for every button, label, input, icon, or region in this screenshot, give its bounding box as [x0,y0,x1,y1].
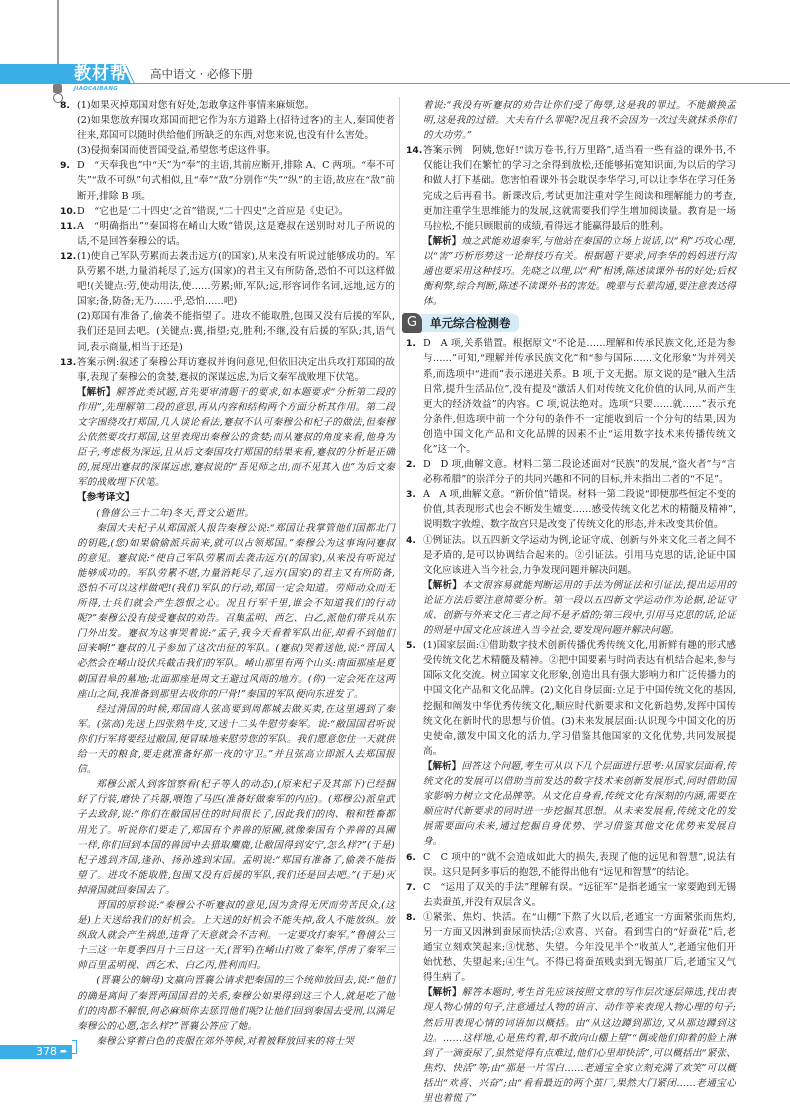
answer-text: A “明确指出”“秦国将在崤山大败”错误,这是蹇叔在送别时对儿子所说的话,不是回… [77,219,395,249]
answer-item-11: 11. A “明确指出”“秦国将在崤山大败”错误,这是蹇叔在送别时对儿子所说的话… [60,219,395,249]
item-number: 13. [60,355,76,370]
unit-answer-7: 7. C “运用了双关的手法”理解有误。“远征军”是指老通宝一家要跑到无锡去卖蚕… [406,880,736,910]
analysis-text: 本文很容易就能判断运用的手法为例证法和引证法,提出运用的论证方法后要注意简要分析… [423,580,736,636]
unit-answer-3: 3. A A 项,曲解文意。“新价值”错误。材料一第二段说“即便那些恒定不变的价… [406,487,736,532]
answer-item-9: 9. D “天奉我也”中“天”为“奉”的主语,其前应断开,排除 A、C 两项。“… [60,158,395,203]
unit-answer-2: 2. D D 项,曲解文意。材料二第二段论述面对“民族”的发展,“盗火者”与“言… [406,457,736,487]
left-column: 8. (1)如果灭掉郑国对您有好处,怎敢拿这件事情来麻烦您。 (2)如果您放弃围… [60,98,395,1049]
item-number: 8. [406,910,416,925]
item-number: 6. [406,850,416,865]
translation-paragraph: (晋襄公的嫡母)文嬴向晋襄公请求把秦国的三个统帅放回去,说:“他们的确是离间了秦… [77,973,395,1033]
analysis-paragraph: 【解析】烛之武能劝退秦军,与他站在秦国的立场上说话,以“利”巧攻心理,以“害”巧… [423,234,736,309]
answer-item-14: 14. 答案示例 阿姨,您好!“读万卷书,行万里路”,适当看一些有益的课外书,不… [406,143,736,309]
answer-line: (1)使自己军队劳累而去袭击远方(的国家),从来没有听说过能够成功的。军队劳累不… [77,249,395,309]
answer-item-8: 8. (1)如果灭掉郑国对您有好处,怎敢拿这件事情来麻烦您。 (2)如果您放弃围… [60,98,395,158]
answer-item-10: 10. D “它也是‘二十四史’之首”错误,“二十四史”之首应是《史记》。 [60,204,395,219]
item-number: 1. [406,336,416,351]
answer-text: D “它也是‘二十四史’之首”错误,“二十四史”之首应是《史记》。 [77,204,395,219]
item-number: 2. [406,457,416,472]
translation-paragraph: 秦穆公穿着白色的丧服在郊外等候,对着被释放回来的将士哭 [77,1034,395,1049]
page-bracket-decoration [72,1040,77,1054]
item-number: 12. [60,249,76,264]
analysis-tag: 【解析】 [423,236,461,247]
translation-paragraph: 经过滑国的时候,郑国商人弦高要到周都城去做买卖,在这里遇到了秦军。(弦高)先送上… [77,702,395,777]
translation-paragraph: 郑穆公派人到客馆察看(杞子等人的动态),(原来杞子及其部下)已经捆好了行装,磨快… [77,777,395,898]
answer-text: 答案示例:叙述了秦穆公拜访蹇叔并询问意见,但依旧决定出兵攻打郑国的故事,表现了秦… [77,355,395,385]
unit-answer-5: 5. (1)国家层面:①借助数字技术创新传播优秀传统文化,用新鲜有趣的形式感受传… [406,638,736,849]
hanging-tag-decoration [53,84,62,93]
answer-text: D D 项,曲解文意。材料二第二段论述面对“民族”的发展,“盗火者”与“言必称希… [423,457,736,487]
reference-translation-heading: 【参考译文】 [77,490,395,505]
item-number: 11. [60,219,76,234]
translation-paragraph: 着说:“我没有听蹇叔的劝告让你们受了侮辱,这是我的罪过。不能撤换孟明,这是我的过… [423,98,736,143]
item-number: 14. [406,143,422,158]
item-number: 7. [406,880,416,895]
page-number: 378 [36,1045,57,1059]
item-number: 3. [406,487,416,502]
analysis-paragraph: 【解析】解答本题时,考生首先应该按照文章的写作层次逐层筛选,找出表现人物心情的句… [423,985,736,1106]
translation-paragraph: 秦国大夫杞子从郑国派人报告秦穆公说:“郑国让我掌管他们国都北门的钥匙,(您)如果… [77,521,395,702]
section-title: 单元综合检测卷 [422,314,519,332]
item-number: 4. [406,533,416,548]
analysis-paragraph: 【解析】回答这个问题,考生可从以下几个层面进行思考:从国家层面看,传统文化的发展… [423,759,736,850]
answer-line: (3)侵损秦国而使晋国受益,希望您考虑这件事。 [77,143,395,158]
section-header-unit-test: G 单元综合检测卷 [402,313,736,333]
translation-continuation: 着说:“我没有听蹇叔的劝告让你们受了侮辱,这是我的罪过。不能撤换孟明,这是我的过… [406,98,736,143]
analysis-tag: 【解析】 [423,987,462,998]
arrow-right-icon: ➨ [60,1045,68,1059]
item-number: 9. [60,158,70,173]
answer-text: D “天奉我也”中“天”为“奉”的主语,其前应断开,排除 A、C 两项。“奉不可… [77,158,395,203]
translation-paragraph: 晋国的原轸说:“秦穆公不听蹇叔的意见,因为贪得无厌而劳苦民众,(这是)上天送给我… [77,898,395,973]
analysis-text: 解答本题时,考生首先应该按照文章的写作层次逐层筛选,找出表现人物心情的句子,注意… [423,987,736,1104]
unit-answer-8: 8. ①紧张、焦灼、快活。在“山棚”下熬了火以后,老通宝一方面紧张而焦灼,另一方… [406,910,736,1106]
analysis-text: 烛之武能劝退秦军,与他站在秦国的立场上说话,以“利”巧攻心理,以“害”巧析形势这… [423,236,736,307]
right-column: 着说:“我没有听蹇叔的劝告让你们受了侮辱,这是我的罪过。不能撤换孟明,这是我的过… [406,98,736,1106]
answer-item-13: 13. 答案示例:叙述了秦穆公拜访蹇叔并询问意见,但依旧决定出兵攻打郑国的故事,… [60,355,395,1049]
answer-text: 答案示例 阿姨,您好!“读万卷书,行万里路”,适当看一些有益的课外书,不仅能让我… [423,143,736,234]
answer-text: ①例证法。以五四新文学运动为例,论证守成、创新与外来文化三者之间不是矛盾的,是可… [423,533,736,578]
answer-text: (1)国家层面:①借助数字技术创新传播优秀传统文化,用新鲜有趣的形式感受传统文化… [423,638,736,759]
item-number: 5. [406,638,416,653]
book-title: 高中语文 · 必修下册 [150,65,253,83]
unit-answer-6: 6. C C 项中的“就不会造成如此大的损失,表现了他的远见和智慧”,说法有误。… [406,850,736,880]
unit-answer-4: 4. ①例证法。以五四新文学运动为例,论证守成、创新与外来文化三者之间不是矛盾的… [406,533,736,639]
answer-item-12: 12. (1)使自己军队劳累而去袭击远方(的国家),从来没有听说过能够成功的。军… [60,249,395,355]
translation-paragraph: (鲁僖公三十二年)冬天,晋文公逝世。 [77,506,395,521]
header-rule [125,83,790,84]
analysis-paragraph: 【解析】本文很容易就能判断运用的手法为例证法和引证法,提出运用的论证方法后要注意… [423,578,736,638]
analysis-text: 解答此类试题,首先要审清题干的要求,如本题要求“分析第二段的作用”,先理解第二段… [77,387,395,489]
analysis-text: 回答这个问题,考生可从以下几个层面进行思考:从国家层面看,传统文化的发展可以借助… [423,761,736,847]
answer-line: (2)郑国有准备了,偷袭不能指望了。进攻不能取胜,包围又没有后援的军队,我们还是… [77,309,395,354]
answer-text: ①紧张、焦灼、快活。在“山棚”下熬了火以后,老通宝一方面紧张而焦灼,另一方面又因… [423,910,736,985]
answer-line: (1)如果灭掉郑国对您有好处,怎敢拿这件事情来麻烦您。 [77,98,395,113]
answer-text: A A 项,曲解文意。“新价值”错误。材料一第二段说“即便那些恒定不变的价值,其… [423,487,736,532]
unit-test-icon: G [402,313,422,333]
brand-logo: 教材帮 [74,64,128,84]
answer-line: (2)如果您放弃围攻郑国而把它作为东方道路上(招待过客)的主人,秦国使者往来,郑… [77,113,395,143]
analysis-tag: 【解析】 [423,580,462,591]
brand-subtitle: JIAOCAIBANG [74,86,118,92]
answer-text: D A 项,关系错置。根据原文“不论是……理解和传承民族文化,还是为参与……”可… [423,336,736,457]
analysis-tag: 【解析】 [423,761,461,772]
analysis-tag: 【解析】 [77,387,116,398]
unit-answer-1: 1. D A 项,关系错置。根据原文“不论是……理解和传承民族文化,还是为参与…… [406,336,736,457]
analysis-paragraph: 【解析】解答此类试题,首先要审清题干的要求,如本题要求“分析第二段的作用”,先理… [77,385,395,491]
item-number: 8. [60,98,70,113]
item-number: 10. [60,204,76,219]
column-divider [399,97,400,997]
answer-text: C C 项中的“就不会造成如此大的损失,表现了他的远见和智慧”,说法有误。这只是… [423,850,736,880]
answer-text: C “运用了双关的手法”理解有误。“远征军”是指老通宝一家要跑到无锡去卖蚕茧,并… [423,880,736,910]
